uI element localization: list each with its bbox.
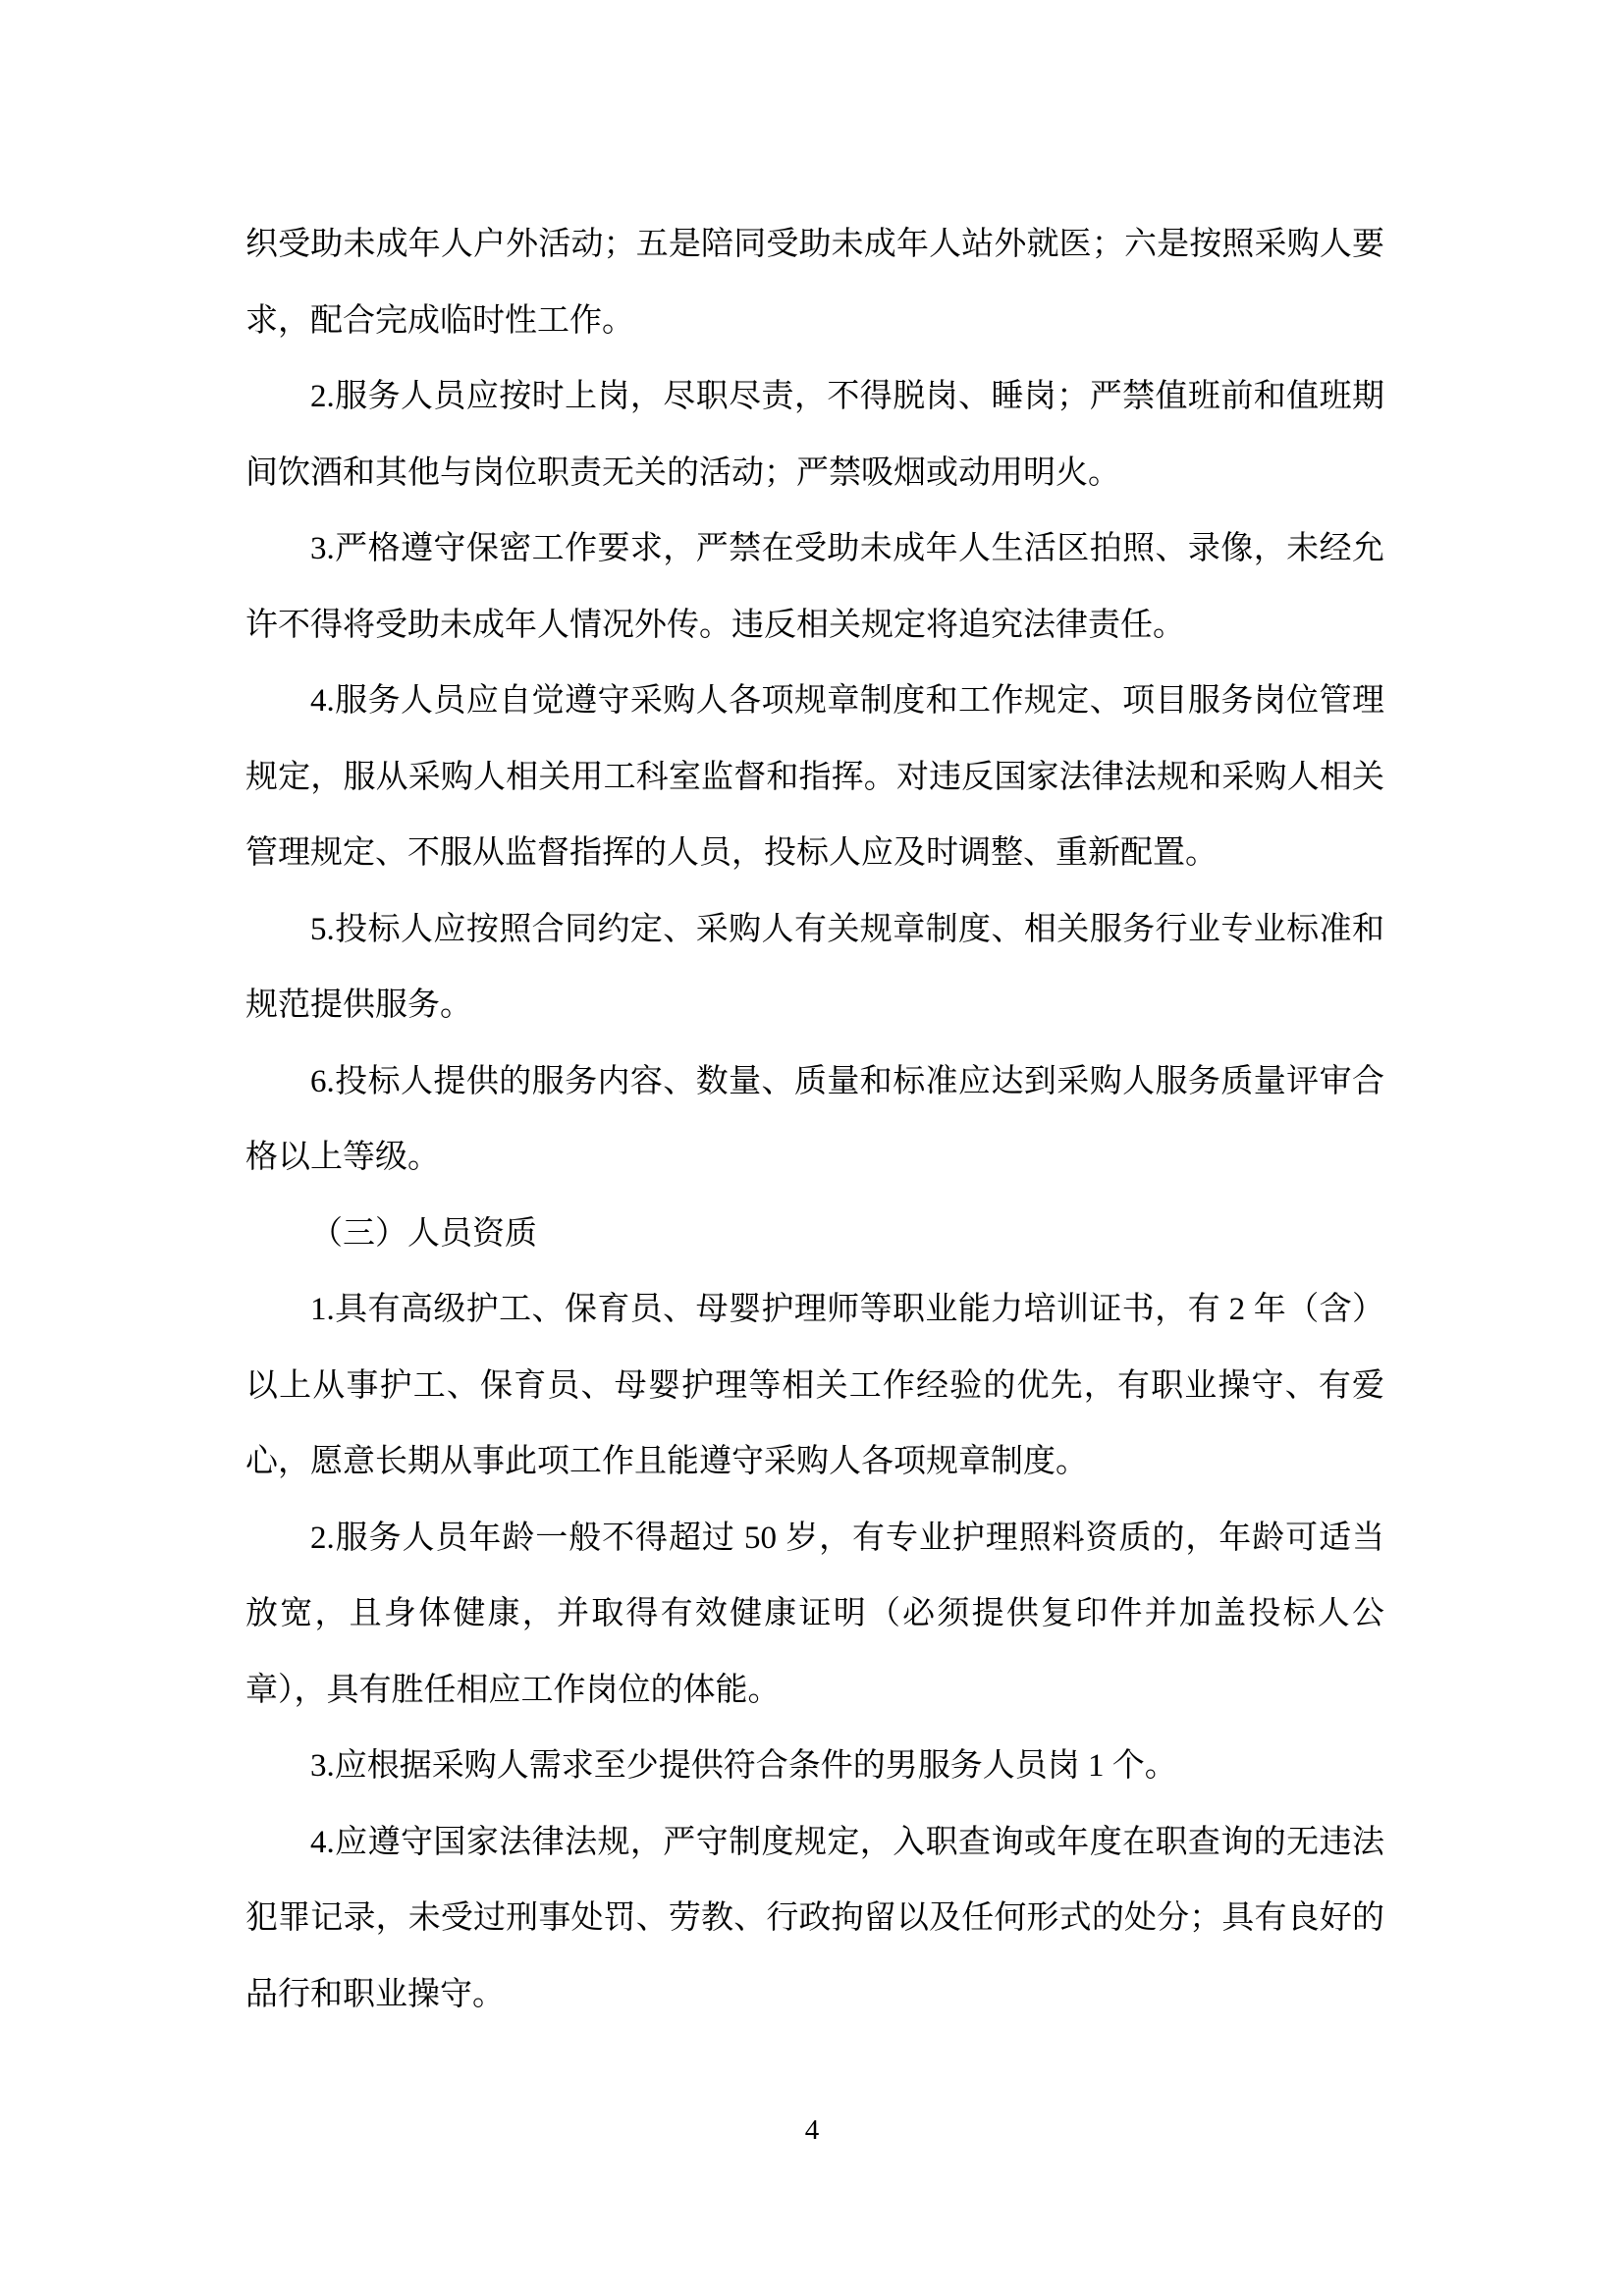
page-body: 织受助未成年人户外活动；五是陪同受助未成年人站外就医；六是按照采购人要求，配合完… bbox=[245, 207, 1384, 2033]
paragraph-qual-2: 2.服务人员年龄一般不得超过 50 岁，有专业护理照料资质的，年龄可适当放宽，且… bbox=[245, 1501, 1384, 1730]
paragraph-qual-1: 1.具有高级护工、保育员、母婴护理师等职业能力培训证书，有 2 年（含）以上从事… bbox=[245, 1272, 1384, 1501]
paragraph-item-4: 4.服务人员应自觉遵守采购人各项规章制度和工作规定、项目服务岗位管理规定，服从采… bbox=[245, 664, 1384, 892]
paragraph-item-2: 2.服务人员应按时上岗，尽职尽责，不得脱岗、睡岗；严禁值班前和值班期间饮酒和其他… bbox=[245, 359, 1384, 511]
paragraph-continuation: 织受助未成年人户外活动；五是陪同受助未成年人站外就医；六是按照采购人要求，配合完… bbox=[245, 207, 1384, 359]
paragraph-item-5: 5.投标人应按照合同约定、采购人有关规章制度、相关服务行业专业标准和规范提供服务… bbox=[245, 892, 1384, 1044]
section-heading-personnel-qualifications: （三）人员资质 bbox=[245, 1197, 1384, 1273]
paragraph-item-6: 6.投标人提供的服务内容、数量、质量和标准应达到采购人服务质量评审合格以上等级。 bbox=[245, 1044, 1384, 1197]
paragraph-qual-4: 4.应遵守国家法律法规，严守制度规定，入职查询或年度在职查询的无违法犯罪记录，未… bbox=[245, 1805, 1384, 2034]
page-number: 4 bbox=[0, 2112, 1624, 2148]
paragraph-qual-3: 3.应根据采购人需求至少提供符合条件的男服务人员岗 1 个。 bbox=[245, 1729, 1384, 1805]
paragraph-item-3: 3.严格遵守保密工作要求，严禁在受助未成年人生活区拍照、录像，未经允许不得将受助… bbox=[245, 511, 1384, 664]
document-page: 织受助未成年人户外活动；五是陪同受助未成年人站外就医；六是按照采购人要求，配合完… bbox=[0, 0, 1624, 2296]
